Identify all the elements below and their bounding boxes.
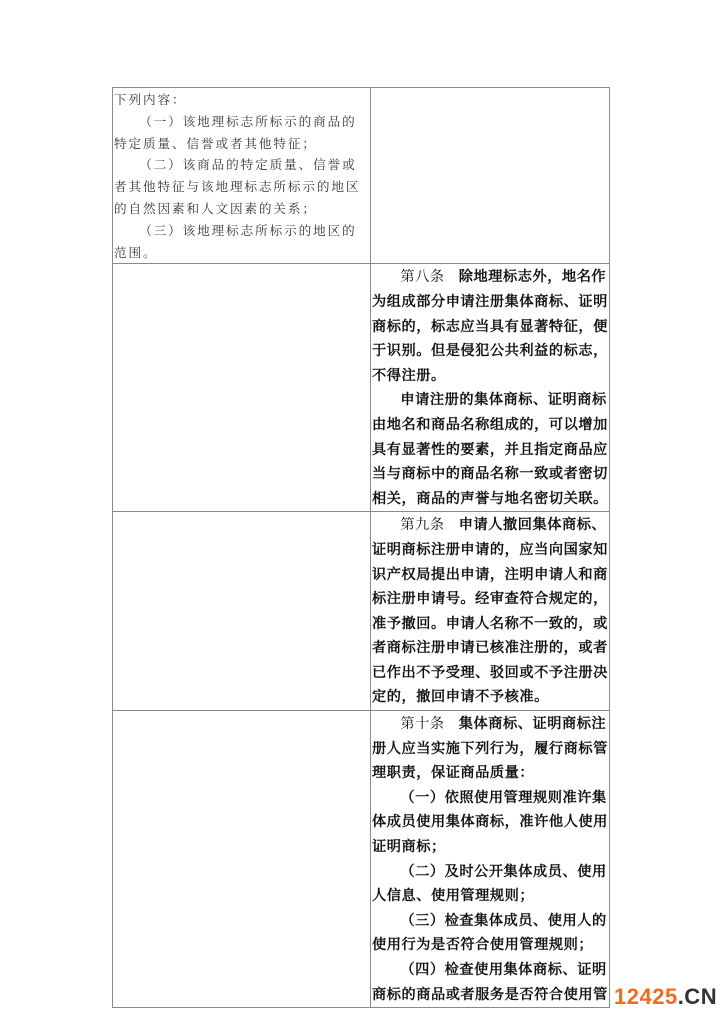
paragraph: （四）检查使用集体商标、证明商标的商品或者服务是否符合使用管 [372, 958, 609, 1007]
article-paragraph: 第十条集体商标、证明商标注册人应当实施下列行为，履行商标管理职责，保证商品质量： [372, 712, 609, 786]
article-number: 第十条 [400, 716, 444, 732]
paragraph: （三）检查集体成员、使用人的使用行为是否符合使用管理规则； [372, 909, 609, 958]
watermark-number: 12425 [614, 984, 678, 1009]
paragraph: 下列内容： [114, 89, 370, 111]
paragraph: （一）该地理标志所标示的商品的特定质量、信誉或者其他特征； [114, 111, 370, 155]
new-provision-cell: 第八条除地理标志外，地名作为组成部分申请注册集体商标、证明商标的，标志应当具有显… [371, 264, 610, 512]
new-provision-cell: 第十条集体商标、证明商标注册人应当实施下列行为，履行商标管理职责，保证商品质量：… [371, 711, 610, 1008]
paragraph-text: 除地理标志外，地名作为组成部分申请注册集体商标、证明商标的，标志应当具有显著特征… [372, 269, 608, 383]
document-page: 下列内容： （一）该地理标志所标示的商品的特定质量、信誉或者其他特征； （二）该… [0, 0, 720, 1018]
paragraph: （二）及时公开集体成员、使用人信息、使用管理规则； [372, 860, 609, 909]
old-provision-cell: 下列内容： （一）该地理标志所标示的商品的特定质量、信誉或者其他特征； （二）该… [113, 88, 371, 264]
article-number: 第八条 [400, 269, 444, 285]
old-provision-cell [113, 512, 371, 711]
paragraph: 申请注册的集体商标、证明商标由地名和商品名称组成的，可以增加具有显著性的要素，并… [372, 388, 609, 511]
new-provision-cell [371, 88, 610, 264]
new-provision-text: 第十条集体商标、证明商标注册人应当实施下列行为，履行商标管理职责，保证商品质量：… [371, 711, 609, 1007]
new-provision-text: 第九条申请人撤回集体商标、证明商标注册申请的，应当向国家知识产权局提出申请，注明… [371, 512, 609, 710]
site-watermark: 12425.CN [614, 984, 717, 1010]
old-provision-text: 下列内容： （一）该地理标志所标示的商品的特定质量、信誉或者其他特征； （二）该… [113, 88, 370, 263]
paragraph-text: 申请人撤回集体商标、证明商标注册申请的，应当向国家知识产权局提出申请，注明申请人… [372, 517, 608, 705]
table-row: 第十条集体商标、证明商标注册人应当实施下列行为，履行商标管理职责，保证商品质量：… [113, 711, 610, 1008]
paragraph: （一）依照使用管理规则准许集体成员使用集体商标，准许他人使用证明商标； [372, 786, 609, 860]
table-row: 第九条申请人撤回集体商标、证明商标注册申请的，应当向国家知识产权局提出申请，注明… [113, 512, 610, 711]
article-paragraph: 第八条除地理标志外，地名作为组成部分申请注册集体商标、证明商标的，标志应当具有显… [372, 265, 609, 388]
comparison-table: 下列内容： （一）该地理标志所标示的商品的特定质量、信誉或者其他特征； （二）该… [112, 87, 610, 1008]
old-provision-cell [113, 264, 371, 512]
paragraph: （三）该地理标志所标示的地区的范围。 [114, 220, 370, 264]
table-row: 第八条除地理标志外，地名作为组成部分申请注册集体商标、证明商标的，标志应当具有显… [113, 264, 610, 512]
watermark-domain: .CN [678, 984, 717, 1009]
new-provision-cell: 第九条申请人撤回集体商标、证明商标注册申请的，应当向国家知识产权局提出申请，注明… [371, 512, 610, 711]
article-number: 第九条 [400, 517, 444, 533]
paragraph: （二）该商品的特定质量、信誉或者其他特征与该地理标志所标示的地区的自然因素和人文… [114, 154, 370, 219]
old-provision-cell [113, 711, 371, 1008]
table-row: 下列内容： （一）该地理标志所标示的商品的特定质量、信誉或者其他特征； （二）该… [113, 88, 610, 264]
article-paragraph: 第九条申请人撤回集体商标、证明商标注册申请的，应当向国家知识产权局提出申请，注明… [372, 513, 609, 710]
new-provision-text: 第八条除地理标志外，地名作为组成部分申请注册集体商标、证明商标的，标志应当具有显… [371, 264, 609, 511]
